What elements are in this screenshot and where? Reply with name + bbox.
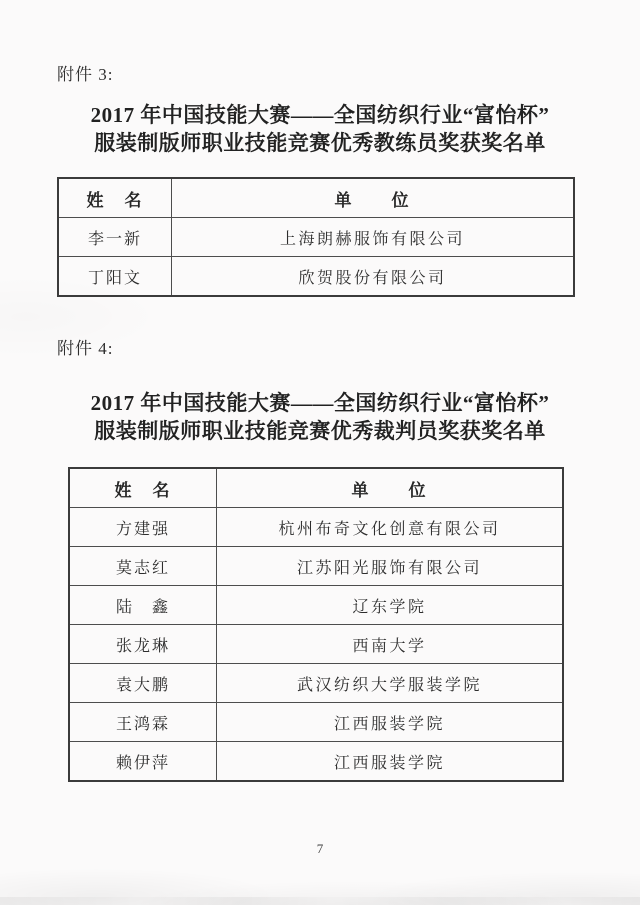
page-number: 7: [0, 841, 640, 857]
name-cell: 赖伊萍: [69, 742, 217, 782]
award-title-judges: 2017 年中国技能大赛——全国纺织行业“富怡杯” 服装制版师职业技能竞赛优秀裁…: [0, 389, 640, 445]
unit-cell: 江苏阳光服饰有限公司: [217, 547, 564, 586]
unit-cell: 江西服装学院: [217, 742, 564, 782]
table-body: 方建强杭州布奇文化创意有限公司莫志红江苏阳光服饰有限公司陆 鑫辽东学院张龙琳西南…: [69, 508, 563, 782]
name-cell: 王鸿霖: [69, 703, 217, 742]
table-row: 方建强杭州布奇文化创意有限公司: [69, 508, 563, 547]
name-cell: 丁阳文: [58, 257, 172, 297]
name-cell: 方建强: [69, 508, 217, 547]
award-title-coaches-line2: 服装制版师职业技能竞赛优秀教练员奖获奖名单: [0, 129, 640, 157]
unit-cell: 辽东学院: [217, 586, 564, 625]
scan-artifact-band: [0, 897, 640, 905]
scanned-document-page: 附件 3: 2017 年中国技能大赛——全国纺织行业“富怡杯” 服装制版师职业技…: [0, 0, 640, 905]
name-column-header: 姓 名: [69, 468, 217, 508]
name-cell: 袁大鹏: [69, 664, 217, 703]
table-row: 王鸿霖江西服装学院: [69, 703, 563, 742]
name-cell: 陆 鑫: [69, 586, 217, 625]
table-row: 赖伊萍江西服装学院: [69, 742, 563, 782]
attachment-3-label: 附件 3:: [57, 60, 113, 85]
unit-cell: 上海朗赫服饰有限公司: [172, 218, 575, 257]
award-title-coaches-line1: 2017 年中国技能大赛——全国纺织行业“富怡杯”: [0, 101, 640, 129]
unit-cell: 欣贺股份有限公司: [172, 257, 575, 297]
table-row: 张龙琳西南大学: [69, 625, 563, 664]
unit-cell: 西南大学: [217, 625, 564, 664]
table-row: 李一新上海朗赫服饰有限公司: [58, 218, 574, 257]
header-row: 姓 名 单 位: [58, 178, 574, 218]
table-header: 姓 名 单 位: [58, 178, 574, 218]
coach-award-table: 姓 名 单 位 李一新上海朗赫服饰有限公司丁阳文欣贺股份有限公司: [57, 177, 575, 297]
unit-cell: 杭州布奇文化创意有限公司: [217, 508, 564, 547]
unit-cell: 江西服装学院: [217, 703, 564, 742]
unit-cell: 武汉纺织大学服装学院: [217, 664, 564, 703]
name-column-header: 姓 名: [58, 178, 172, 218]
table-row: 陆 鑫辽东学院: [69, 586, 563, 625]
award-title-coaches: 2017 年中国技能大赛——全国纺织行业“富怡杯” 服装制版师职业技能竞赛优秀教…: [0, 101, 640, 157]
attachment-4-label: 附件 4:: [57, 334, 113, 359]
name-cell: 莫志红: [69, 547, 217, 586]
table-header: 姓 名 单 位: [69, 468, 563, 508]
table-row: 袁大鹏武汉纺织大学服装学院: [69, 664, 563, 703]
name-cell: 李一新: [58, 218, 172, 257]
header-row: 姓 名 单 位: [69, 468, 563, 508]
table-row: 丁阳文欣贺股份有限公司: [58, 257, 574, 297]
award-title-judges-line1: 2017 年中国技能大赛——全国纺织行业“富怡杯”: [0, 389, 640, 417]
name-cell: 张龙琳: [69, 625, 217, 664]
unit-column-header: 单 位: [172, 178, 575, 218]
table-row: 莫志红江苏阳光服饰有限公司: [69, 547, 563, 586]
unit-column-header: 单 位: [217, 468, 564, 508]
table-body: 李一新上海朗赫服饰有限公司丁阳文欣贺股份有限公司: [58, 218, 574, 297]
judge-award-table: 姓 名 单 位 方建强杭州布奇文化创意有限公司莫志红江苏阳光服饰有限公司陆 鑫辽…: [68, 467, 564, 782]
award-title-judges-line2: 服装制版师职业技能竞赛优秀裁判员奖获奖名单: [0, 417, 640, 445]
